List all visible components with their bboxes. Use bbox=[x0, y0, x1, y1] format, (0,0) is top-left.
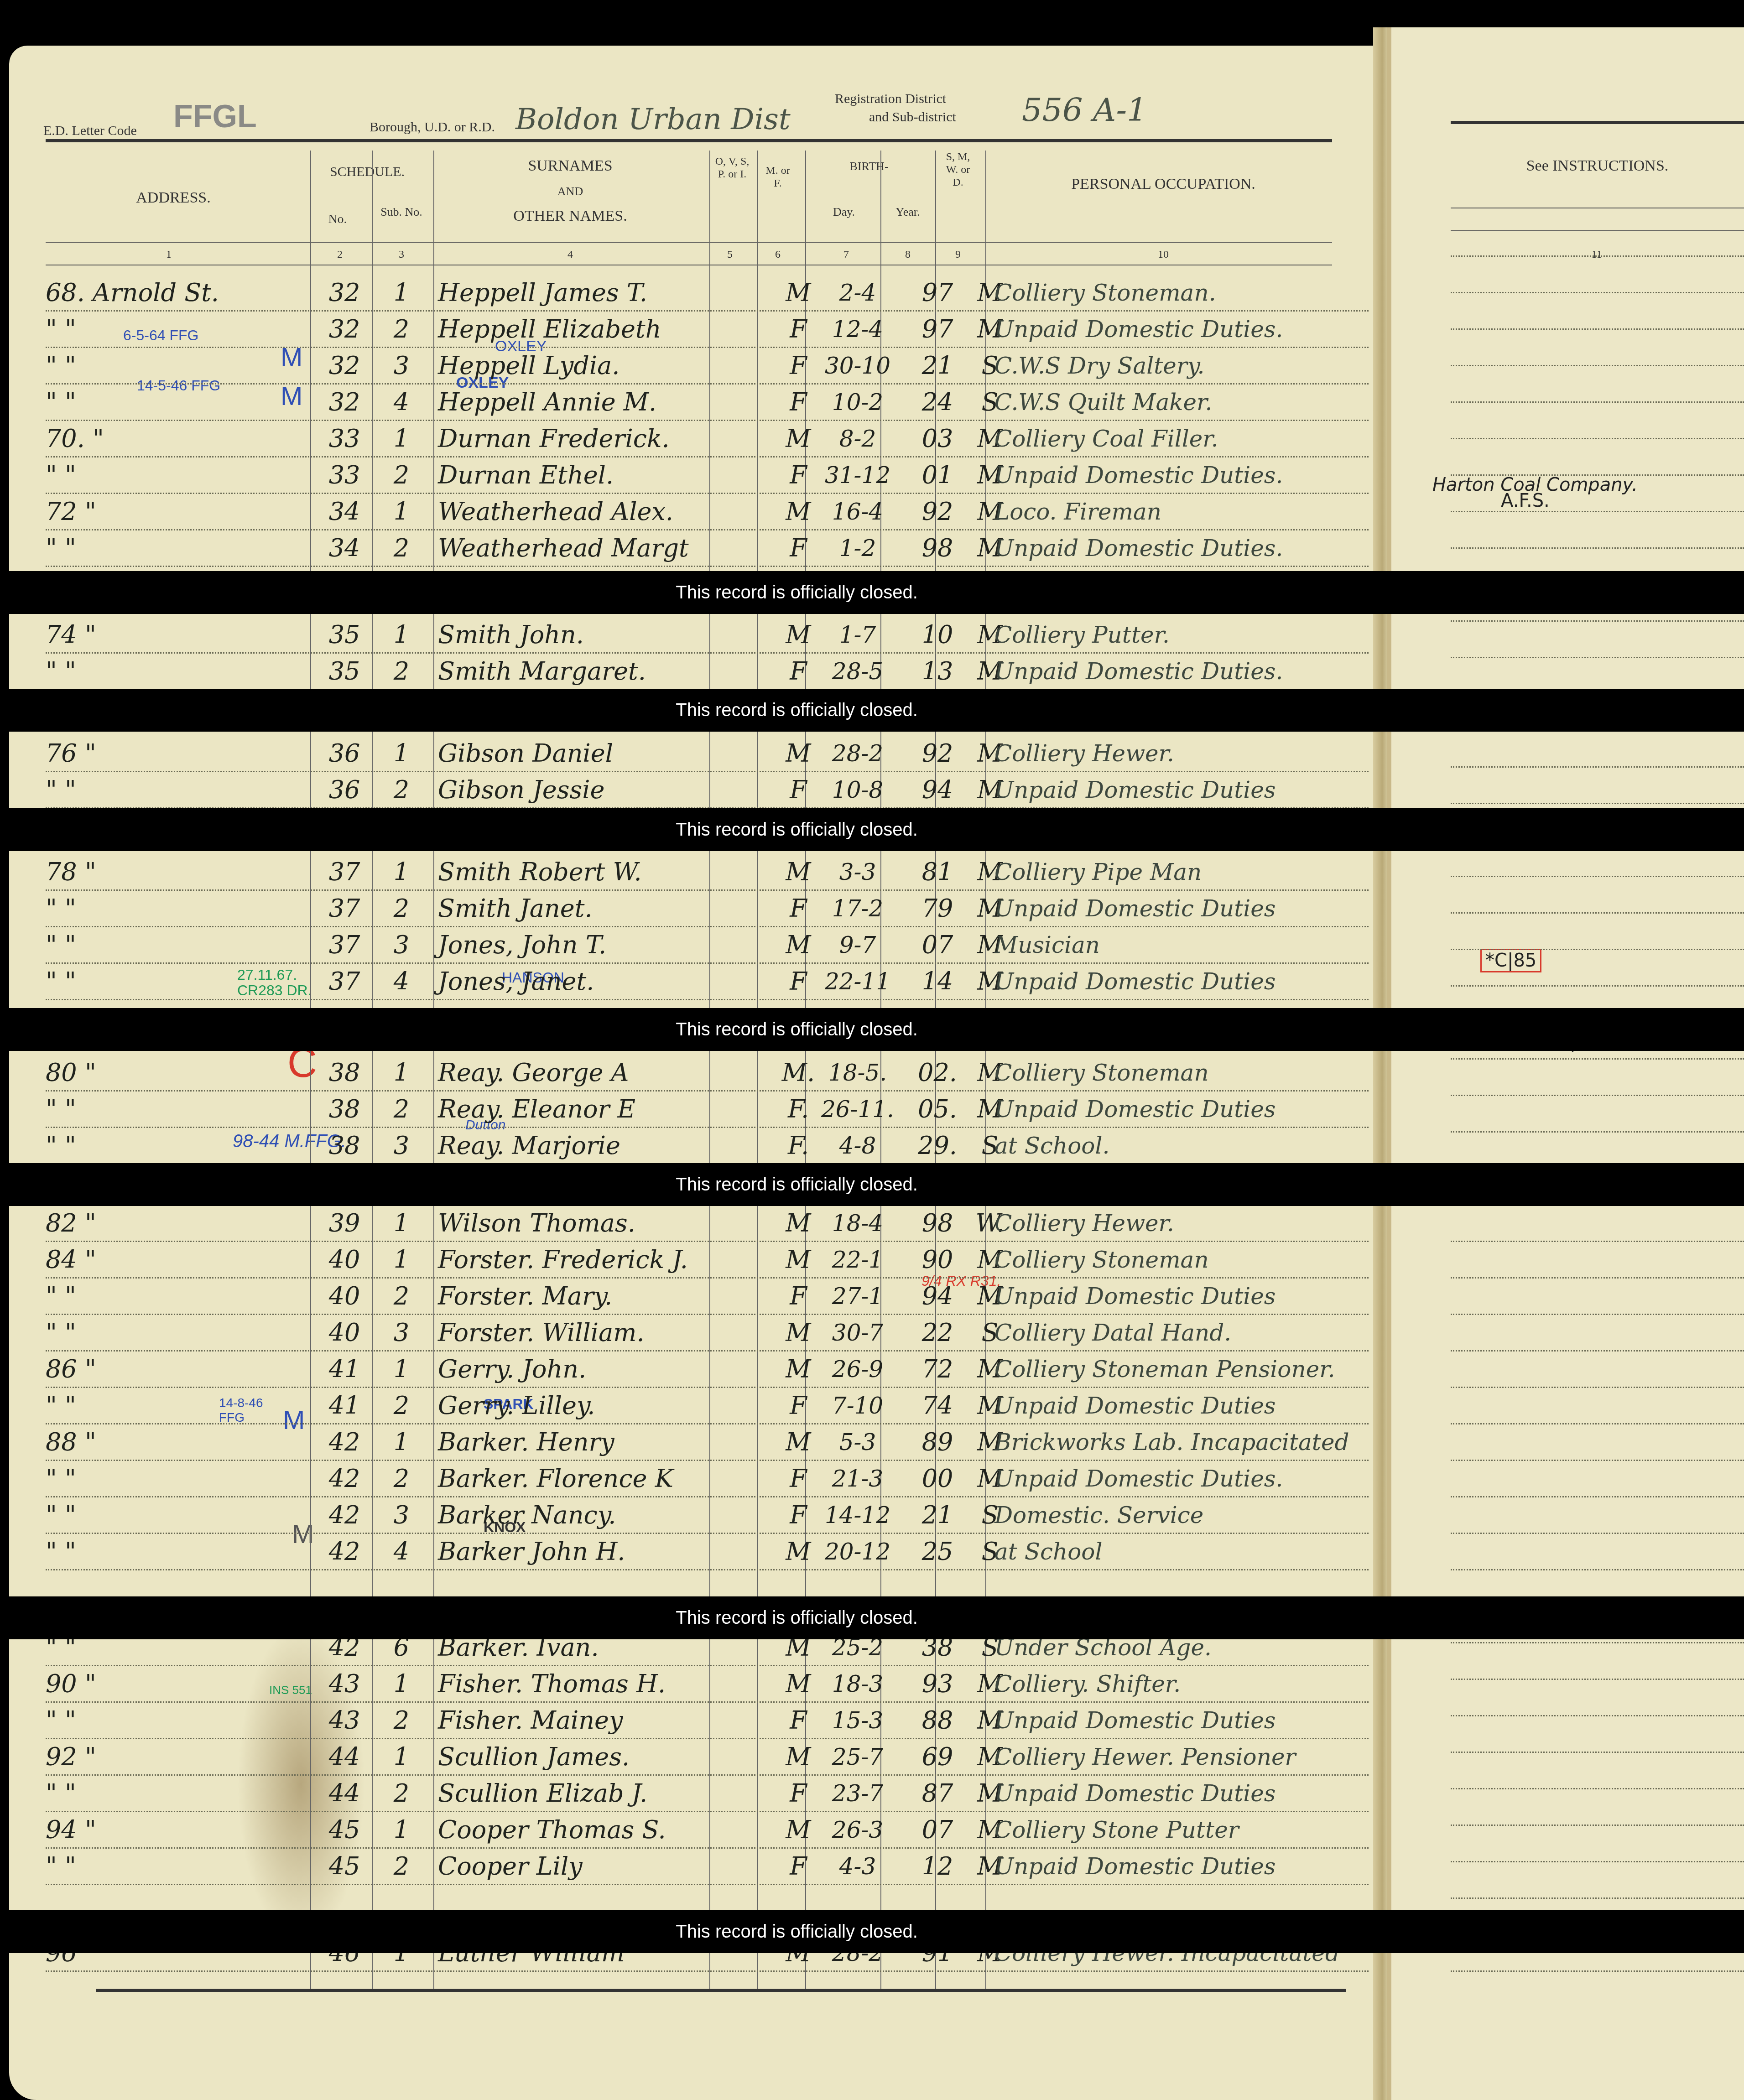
cell-year: 21 bbox=[908, 347, 967, 385]
row-dotted-rule bbox=[46, 999, 1369, 1000]
cell-address: 74 " bbox=[46, 616, 301, 654]
cell-year: 87 bbox=[908, 1774, 967, 1813]
redaction-bar: This record is officially closed. bbox=[0, 1163, 1744, 1206]
row-dotted-rule bbox=[46, 1970, 1369, 1972]
right-dotted-rule bbox=[1451, 949, 1744, 950]
right-dotted-rule bbox=[1451, 1970, 1744, 1972]
cell-no: 39 bbox=[319, 1204, 370, 1242]
column-number-rule bbox=[46, 265, 1332, 265]
table-row: 80 "381Reay. George AM.18-5.02.MColliery… bbox=[0, 1054, 1387, 1092]
cell-year: 69 bbox=[908, 1738, 967, 1776]
cell-day: 16-4 bbox=[812, 493, 903, 531]
cell-day: 22-1 bbox=[812, 1241, 903, 1279]
cell-sub: 1 bbox=[374, 1241, 429, 1279]
right-dotted-rule bbox=[1451, 1131, 1744, 1133]
col-schedule: SCHEDULE. bbox=[310, 164, 424, 180]
redaction-bar: This record is officially closed. bbox=[0, 689, 1744, 732]
cell-day: 26-11. bbox=[812, 1090, 903, 1128]
column-number: 8 bbox=[890, 249, 926, 261]
cell-no: 35 bbox=[319, 652, 370, 691]
cell-no: 43 bbox=[319, 1665, 370, 1703]
table-row: " "373Jones, John T.M9-707MMusician bbox=[0, 926, 1387, 964]
redaction-bar: This record is officially closed. bbox=[0, 571, 1744, 614]
cell-sub: 4 bbox=[374, 383, 429, 421]
cell-occupation: Colliery Stoneman bbox=[994, 1054, 1369, 1092]
cell-occupation: Colliery Hewer. bbox=[994, 734, 1369, 773]
table-row: 92 "441Scullion James.M25-769MColliery H… bbox=[0, 1738, 1387, 1776]
cell-no: 34 bbox=[319, 493, 370, 531]
cell-day: 17-2 bbox=[812, 889, 903, 928]
cell-name: Gibson Jessie bbox=[438, 771, 721, 809]
cell-year: 97 bbox=[908, 274, 967, 312]
cell-year: 14 bbox=[908, 962, 967, 1001]
column-number: 6 bbox=[760, 249, 796, 261]
right-dotted-rule bbox=[1451, 1788, 1744, 1789]
cell-occupation: Unpaid Domestic Duties bbox=[994, 889, 1369, 928]
cell-no: 42 bbox=[319, 1496, 370, 1534]
cell-name: Fisher. Mainey bbox=[438, 1701, 721, 1740]
table-row: " "423Barker Nancy.F14-1221SDomestic. Se… bbox=[0, 1496, 1387, 1534]
table-row: " "324Heppell Annie M.F10-224SC.W.S Quil… bbox=[0, 383, 1387, 421]
cell-name: Scullion James. bbox=[438, 1738, 721, 1776]
cell-day: 23-7 bbox=[812, 1774, 903, 1813]
right-dotted-rule bbox=[1451, 547, 1744, 549]
table-row: 74 "351Smith John.M1-710MColliery Putter… bbox=[0, 616, 1387, 654]
cell-occupation: Colliery Stoneman Pensioner. bbox=[994, 1350, 1369, 1388]
cell-year: 94 bbox=[908, 771, 967, 809]
cell-sub: 1 bbox=[374, 616, 429, 654]
cell-address: " " bbox=[46, 1774, 301, 1813]
column-number: 2 bbox=[322, 249, 358, 261]
table-row: 76 "361Gibson DanielM28-292MColliery Hew… bbox=[0, 734, 1387, 773]
cell-day: 20-12 bbox=[812, 1533, 903, 1571]
cell-sub: 2 bbox=[374, 456, 429, 494]
table-row: 68. Arnold St.321Heppell James T.M2-497M… bbox=[0, 274, 1387, 312]
cell-sub: 2 bbox=[374, 1387, 429, 1425]
cell-sub: 2 bbox=[374, 652, 429, 691]
right-dotted-rule bbox=[1451, 474, 1744, 476]
cell-sub: 1 bbox=[374, 734, 429, 773]
cell-address: 76 " bbox=[46, 734, 301, 773]
cell-occupation: Unpaid Domestic Duties. bbox=[994, 652, 1369, 691]
right-dotted-rule bbox=[1451, 766, 1744, 768]
right-dotted-rule bbox=[1451, 657, 1744, 658]
table-row: " "322Heppell ElizabethF12-497MUnpaid Do… bbox=[0, 310, 1387, 348]
cell-sub: 4 bbox=[374, 1533, 429, 1571]
cell-day: 9-7 bbox=[812, 926, 903, 964]
table-row: 72 "341Weatherhead Alex.M16-492MLoco. Fi… bbox=[0, 493, 1387, 531]
cell-occupation: Colliery Hewer. bbox=[994, 1204, 1369, 1242]
cell-address: 82 " bbox=[46, 1204, 301, 1242]
cell-sub: 1 bbox=[374, 1423, 429, 1461]
redaction-text: This record is officially closed. bbox=[676, 700, 918, 721]
cell-no: 40 bbox=[319, 1277, 370, 1315]
ed-letter-code-value: FFGL bbox=[173, 98, 257, 135]
cell-sub: 3 bbox=[374, 347, 429, 385]
row-dotted-rule bbox=[46, 1569, 1369, 1570]
table-row: " "362Gibson JessieF10-894MUnpaid Domest… bbox=[0, 771, 1387, 809]
cell-address: " " bbox=[46, 1496, 301, 1534]
column-number: 10 bbox=[1145, 249, 1182, 261]
cell-day: 30-7 bbox=[812, 1314, 903, 1352]
cell-occupation: Unpaid Domestic Duties bbox=[994, 1277, 1369, 1315]
redaction-text: This record is officially closed. bbox=[676, 1019, 918, 1040]
right-dotted-rule bbox=[1451, 1387, 1744, 1388]
cell-no: 33 bbox=[319, 420, 370, 458]
cell-name: Cooper Thomas S. bbox=[438, 1811, 721, 1849]
cell-name: Gerry. John. bbox=[438, 1350, 721, 1388]
cell-no: 41 bbox=[319, 1387, 370, 1425]
col-birth-day: Day. bbox=[812, 205, 876, 219]
cell-sub: 3 bbox=[374, 1127, 429, 1165]
cell-address: " " bbox=[46, 1387, 301, 1425]
cell-occupation: Unpaid Domestic Duties bbox=[994, 1090, 1369, 1128]
cell-sub: 1 bbox=[374, 493, 429, 531]
table-row: " "332Durnan Ethel.F31-1201MUnpaid Domes… bbox=[0, 456, 1387, 494]
redaction-text: This record is officially closed. bbox=[676, 1175, 918, 1195]
cell-year: 02. bbox=[908, 1054, 967, 1092]
cell-sub: 1 bbox=[374, 1054, 429, 1092]
note-afs: A.F.S. bbox=[1501, 490, 1550, 511]
cell-address: " " bbox=[46, 529, 301, 567]
note-c85: *C|85 bbox=[1480, 949, 1541, 972]
table-row: 78 "371Smith Robert W.M3-381MColliery Pi… bbox=[0, 853, 1387, 891]
cell-day: 25-7 bbox=[812, 1738, 903, 1776]
right-dotted-rule bbox=[1451, 1460, 1744, 1461]
redaction-bar: This record is officially closed. bbox=[0, 1910, 1744, 1953]
cell-day: 22-11 bbox=[812, 962, 903, 1001]
cell-year: 03 bbox=[908, 420, 967, 458]
cell-sub: 2 bbox=[374, 1460, 429, 1498]
cell-day: 4-8 bbox=[812, 1127, 903, 1165]
table-row: " "452Cooper LilyF4-312MUnpaid Domestic … bbox=[0, 1847, 1387, 1886]
cell-address: " " bbox=[46, 1701, 301, 1740]
cell-no: 38 bbox=[319, 1127, 370, 1165]
cell-occupation: Colliery. Shifter. bbox=[994, 1665, 1369, 1703]
cell-occupation: Unpaid Domestic Duties bbox=[994, 1387, 1369, 1425]
borough-label: Borough, U.D. or R.D. bbox=[370, 120, 495, 135]
cell-day: 8-2 bbox=[812, 420, 903, 458]
cell-day: 14-12 bbox=[812, 1496, 903, 1534]
cell-occupation: Brickworks Lab. Incapacitated bbox=[994, 1423, 1369, 1461]
cell-address: " " bbox=[46, 456, 301, 494]
cell-address: " " bbox=[46, 962, 301, 1001]
right-dotted-rule bbox=[1451, 511, 1744, 512]
right-dotted-rule bbox=[1451, 438, 1744, 439]
cell-name: Fisher. Thomas H. bbox=[438, 1665, 721, 1703]
table-row: " "442Scullion Elizab J.F23-787MUnpaid D… bbox=[0, 1774, 1387, 1813]
cell-sub: 1 bbox=[374, 420, 429, 458]
col-address: ADDRESS. bbox=[64, 189, 283, 207]
cell-day: 4-3 bbox=[812, 1847, 903, 1886]
cell-no: 42 bbox=[319, 1460, 370, 1498]
cell-occupation: Unpaid Domestic Duties. bbox=[994, 310, 1369, 348]
cell-address: 88 " bbox=[46, 1423, 301, 1461]
cell-name: Forster. Mary. bbox=[438, 1277, 721, 1315]
table-row: 94 "451Cooper Thomas S.M26-307MColliery … bbox=[0, 1811, 1387, 1849]
cell-day: 15-3 bbox=[812, 1701, 903, 1740]
cell-address: " " bbox=[46, 1127, 301, 1165]
cell-name: Reay. Eleanor E bbox=[438, 1090, 721, 1128]
cell-address: " " bbox=[46, 1277, 301, 1315]
cell-sub: 1 bbox=[374, 1204, 429, 1242]
table-row: " "352Smith Margaret.F28-513MUnpaid Dome… bbox=[0, 652, 1387, 691]
cell-sub: 1 bbox=[374, 1811, 429, 1849]
cell-address: " " bbox=[46, 771, 301, 809]
cell-address: 94 " bbox=[46, 1811, 301, 1849]
cell-no: 37 bbox=[319, 853, 370, 891]
right-dotted-rule bbox=[1451, 620, 1744, 622]
cell-name: Jones, John T. bbox=[438, 926, 721, 964]
cell-address: 78 " bbox=[46, 853, 301, 891]
cell-name: Weatherhead Alex. bbox=[438, 493, 721, 531]
cell-name: Reay. Marjorie bbox=[438, 1127, 721, 1165]
cell-day: 26-3 bbox=[812, 1811, 903, 1849]
cell-sub: 1 bbox=[374, 274, 429, 312]
right-dotted-rule bbox=[1451, 328, 1744, 330]
cell-name: Durnan Frederick. bbox=[438, 420, 721, 458]
cell-name: Cooper Lily bbox=[438, 1847, 721, 1886]
cell-no: 36 bbox=[319, 771, 370, 809]
cell-name: Barker Nancy. bbox=[438, 1496, 721, 1534]
cell-name: Scullion Elizab J. bbox=[438, 1774, 721, 1813]
table-row: 84 "401Forster. Frederick J.M22-190MColl… bbox=[0, 1241, 1387, 1279]
cell-year: 24 bbox=[908, 383, 967, 421]
cell-sub: 2 bbox=[374, 771, 429, 809]
cell-sub: 2 bbox=[374, 529, 429, 567]
table-row: " "342Weatherhead MargtF1-298MUnpaid Dom… bbox=[0, 529, 1387, 567]
cell-sub: 1 bbox=[374, 1350, 429, 1388]
cell-day: 3-3 bbox=[812, 853, 903, 891]
cell-year: 93 bbox=[908, 1665, 967, 1703]
cell-sub: 3 bbox=[374, 1496, 429, 1534]
cell-occupation: Colliery Datal Hand. bbox=[994, 1314, 1369, 1352]
cell-year: 07 bbox=[908, 1811, 967, 1849]
cell-name: Heppell Annie M. bbox=[438, 383, 721, 421]
table-row: " "382Reay. Eleanor EF.26-11.05.MUnpaid … bbox=[0, 1090, 1387, 1128]
cell-occupation: C.W.S Quilt Maker. bbox=[994, 383, 1369, 421]
right-dotted-rule bbox=[1451, 1642, 1744, 1643]
right-col-rule bbox=[1451, 208, 1744, 208]
cell-occupation: at School bbox=[994, 1533, 1369, 1571]
table-row: 90 "431Fisher. Thomas H.M18-393MColliery… bbox=[0, 1665, 1387, 1703]
right-dotted-rule bbox=[1451, 292, 1744, 293]
column-number: 3 bbox=[383, 249, 420, 261]
cell-address: 86 " bbox=[46, 1350, 301, 1388]
cell-sub: 3 bbox=[374, 926, 429, 964]
cell-no: 40 bbox=[319, 1241, 370, 1279]
cell-no: 33 bbox=[319, 456, 370, 494]
right-dotted-rule bbox=[1451, 1825, 1744, 1826]
col-birth-year: Year. bbox=[883, 205, 933, 219]
cell-address: 70. " bbox=[46, 420, 301, 458]
cell-year: 22 bbox=[908, 1314, 967, 1352]
cell-day: 5-3 bbox=[812, 1423, 903, 1461]
right-dotted-rule bbox=[1451, 1350, 1744, 1351]
cell-occupation: Colliery Stoneman. bbox=[994, 274, 1369, 312]
cell-sub: 2 bbox=[374, 889, 429, 928]
cell-year: 29. bbox=[908, 1127, 967, 1165]
cell-address: 84 " bbox=[46, 1241, 301, 1279]
cell-occupation: Unpaid Domestic Duties. bbox=[994, 529, 1369, 567]
cell-year: 92 bbox=[908, 734, 967, 773]
cell-address: 72 " bbox=[46, 493, 301, 531]
cell-occupation: Unpaid Domestic Duties. bbox=[994, 1460, 1369, 1498]
cell-sub: 1 bbox=[374, 853, 429, 891]
cell-year: 92 bbox=[908, 493, 967, 531]
cell-year: 12 bbox=[908, 1847, 967, 1886]
right-dotted-rule bbox=[1451, 1569, 1744, 1570]
borough-value: Boldon Urban Dist bbox=[515, 103, 791, 136]
cell-no: 43 bbox=[319, 1701, 370, 1740]
right-dotted-rule bbox=[1451, 1277, 1744, 1279]
table-row: " "323Heppell Lydia.F30-1021SC.W.S Dry S… bbox=[0, 347, 1387, 385]
cell-address: " " bbox=[46, 383, 301, 421]
cell-year: 10 bbox=[908, 616, 967, 654]
cell-no: 44 bbox=[319, 1774, 370, 1813]
cell-year: 81 bbox=[908, 853, 967, 891]
cell-day: 1-7 bbox=[812, 616, 903, 654]
cell-address: " " bbox=[46, 889, 301, 928]
cell-no: 45 bbox=[319, 1811, 370, 1849]
cell-address: " " bbox=[46, 310, 301, 348]
cell-no: 32 bbox=[319, 347, 370, 385]
right-dotted-rule bbox=[1451, 1496, 1744, 1497]
cell-no: 42 bbox=[319, 1423, 370, 1461]
cell-year: 05. bbox=[908, 1090, 967, 1128]
cell-name: Jones, Janet. bbox=[438, 962, 721, 1001]
right-dotted-rule bbox=[1451, 255, 1744, 257]
cell-year: 00 bbox=[908, 1460, 967, 1498]
column-number: 4 bbox=[552, 249, 588, 261]
cell-address: 68. Arnold St. bbox=[46, 274, 301, 312]
right-dotted-rule bbox=[1451, 1533, 1744, 1534]
col-schedule-no: No. bbox=[310, 212, 365, 227]
redaction-text: This record is officially closed. bbox=[676, 582, 918, 603]
table-row: " "424Barker John H.M20-1225Sat School bbox=[0, 1533, 1387, 1571]
right-dotted-rule bbox=[1451, 1715, 1744, 1716]
cell-address: " " bbox=[46, 652, 301, 691]
col-sex: M. or F. bbox=[762, 164, 794, 190]
cell-day: 18-3 bbox=[812, 1665, 903, 1703]
cell-no: 40 bbox=[319, 1314, 370, 1352]
registration-label-1: Registration District bbox=[835, 91, 946, 107]
header-bottom-rule bbox=[46, 242, 1332, 243]
cell-year: 89 bbox=[908, 1423, 967, 1461]
cell-day: 28-5 bbox=[812, 652, 903, 691]
col-instructions: See INSTRUCTIONS. bbox=[1451, 157, 1744, 175]
cell-day: 7-10 bbox=[812, 1387, 903, 1425]
table-row: " "374Jones, Janet.F22-1114MUnpaid Domes… bbox=[0, 962, 1387, 1001]
cell-name: Barker John H. bbox=[438, 1533, 721, 1571]
cell-no: 45 bbox=[319, 1847, 370, 1886]
cell-year: 21 bbox=[908, 1496, 967, 1534]
cell-day: 27-1 bbox=[812, 1277, 903, 1315]
cell-occupation: Colliery Stone Putter bbox=[994, 1811, 1369, 1849]
right-col-rule-2 bbox=[1451, 230, 1744, 231]
cell-occupation: Unpaid Domestic Duties bbox=[994, 1847, 1369, 1886]
cell-name: Smith Margaret. bbox=[438, 652, 721, 691]
redaction-text: This record is officially closed. bbox=[676, 820, 918, 840]
cell-day: 18-4 bbox=[812, 1204, 903, 1242]
column-number: 11 bbox=[1578, 249, 1615, 261]
cell-day: 10-8 bbox=[812, 771, 903, 809]
table-row: 86 "411Gerry. John.M26-972MColliery Ston… bbox=[0, 1350, 1387, 1388]
cell-occupation: C.W.S Dry Saltery. bbox=[994, 347, 1369, 385]
cell-name: Heppell Lydia. bbox=[438, 347, 721, 385]
cell-occupation: Unpaid Domestic Duties bbox=[994, 771, 1369, 809]
right-dotted-rule bbox=[1451, 1897, 1744, 1899]
cell-address: " " bbox=[46, 347, 301, 385]
cell-no: 32 bbox=[319, 383, 370, 421]
redaction-text: This record is officially closed. bbox=[676, 1608, 918, 1628]
cell-day: 28-2 bbox=[812, 734, 903, 773]
right-dotted-rule bbox=[1451, 1679, 1744, 1680]
cell-no: 37 bbox=[319, 962, 370, 1001]
table-row: 88 "421Barker. HenryM5-389MBrickworks La… bbox=[0, 1423, 1387, 1461]
cell-year: 90 bbox=[908, 1241, 967, 1279]
cell-name: Forster. Frederick J. bbox=[438, 1241, 721, 1279]
cell-year: 97 bbox=[908, 310, 967, 348]
cell-day: 21-3 bbox=[812, 1460, 903, 1498]
cell-no: 38 bbox=[319, 1090, 370, 1128]
cell-day: 1-2 bbox=[812, 529, 903, 567]
cell-occupation: Colliery Stoneman bbox=[994, 1241, 1369, 1279]
cell-occupation: Unpaid Domestic Duties bbox=[994, 1701, 1369, 1740]
col-schedule-sub: Sub. No. bbox=[379, 205, 424, 219]
cell-name: Barker. Florence K bbox=[438, 1460, 721, 1498]
cell-day: 30-10 bbox=[812, 347, 903, 385]
cell-no: 42 bbox=[319, 1533, 370, 1571]
table-row: " "412Gerry. Lilley.F7-1074MUnpaid Domes… bbox=[0, 1387, 1387, 1425]
right-dotted-rule bbox=[1451, 1058, 1744, 1060]
cell-address: 92 " bbox=[46, 1738, 301, 1776]
cell-no: 37 bbox=[319, 889, 370, 928]
cell-day: 31-12 bbox=[812, 456, 903, 494]
cell-day: 12-4 bbox=[812, 310, 903, 348]
cell-no: 34 bbox=[319, 529, 370, 567]
cell-name: Barker. Henry bbox=[438, 1423, 721, 1461]
right-dotted-rule bbox=[1451, 365, 1744, 366]
cell-name: Gibson Daniel bbox=[438, 734, 721, 773]
cell-no: 35 bbox=[319, 616, 370, 654]
right-header-rule bbox=[1451, 121, 1744, 124]
cell-year: 88 bbox=[908, 1701, 967, 1740]
cell-sub: 1 bbox=[374, 1738, 429, 1776]
cell-occupation: Loco. Fireman bbox=[994, 493, 1369, 531]
cell-sub: 2 bbox=[374, 1277, 429, 1315]
cell-name: Heppell Elizabeth bbox=[438, 310, 721, 348]
right-dotted-rule bbox=[1451, 912, 1744, 914]
registration-label-2: and Sub-district bbox=[869, 109, 956, 125]
cell-no: 36 bbox=[319, 734, 370, 773]
table-row: " "383Reay. MarjorieF.4-829.Sat School. bbox=[0, 1127, 1387, 1165]
right-dotted-rule bbox=[1451, 876, 1744, 877]
cell-sub: 1 bbox=[374, 1665, 429, 1703]
cell-occupation: Colliery Coal Filler. bbox=[994, 420, 1369, 458]
cell-name: Wilson Thomas. bbox=[438, 1204, 721, 1242]
cell-no: 38 bbox=[319, 1054, 370, 1092]
col-occupation: PERSONAL OCCUPATION. bbox=[994, 176, 1332, 193]
col-marital: S, M, W. or D. bbox=[940, 151, 976, 189]
cell-address: " " bbox=[46, 1314, 301, 1352]
col-surnames-1: SURNAMES bbox=[433, 157, 707, 175]
col-surnames-3: OTHER NAMES. bbox=[433, 208, 707, 225]
cell-day: 2-4 bbox=[812, 274, 903, 312]
cell-no: 32 bbox=[319, 274, 370, 312]
cell-name: Smith Janet. bbox=[438, 889, 721, 928]
table-row: " "422Barker. Florence KF21-300MUnpaid D… bbox=[0, 1460, 1387, 1498]
